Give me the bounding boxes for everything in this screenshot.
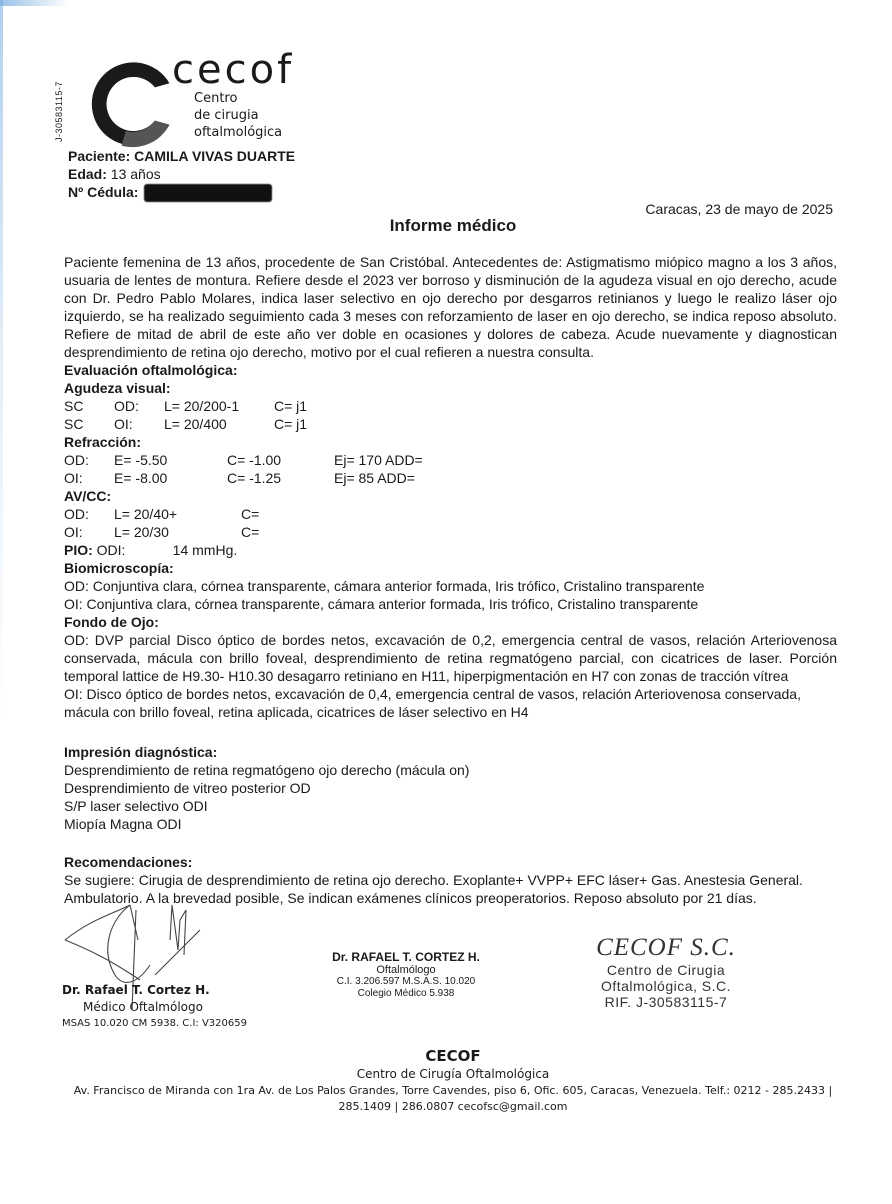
diagnosis-item: Miopía Magna ODI bbox=[64, 815, 837, 833]
signature-registry: MSAS 10.020 CM 5938. C.I: V320659 bbox=[62, 1018, 247, 1029]
biomicroscopy-heading: Biomicroscopía: bbox=[64, 559, 837, 577]
evaluation-heading: Evaluación oftalmológica: bbox=[64, 361, 837, 379]
footer-subtitle: Centro de Cirugía Oftalmológica bbox=[0, 1067, 892, 1081]
footer-brand: CECOF bbox=[0, 1047, 892, 1065]
patient-age: 13 años bbox=[111, 166, 161, 182]
visual-acuity-row: SC OD: L= 20/200-1 C= j1 bbox=[64, 397, 837, 415]
av-cc-row: OI: L= 20/30 C= bbox=[64, 523, 837, 541]
scan-edge bbox=[0, 0, 3, 1204]
diagnosis-heading: Impresión diagnóstica: bbox=[64, 743, 837, 761]
logo-wordmark: cecof bbox=[172, 50, 294, 90]
redacted-id bbox=[144, 184, 272, 202]
company-stamp-name: CECOF S.C. bbox=[566, 934, 766, 962]
company-stamp: CECOF S.C. Centro de Cirugia Oftalmológi… bbox=[566, 934, 766, 1010]
av-cc-row: OD: L= 20/40+ C= bbox=[64, 505, 837, 523]
stamp-doctor-name: Dr. RAFAEL T. CORTEZ H. bbox=[326, 950, 486, 964]
recommendations-heading: Recomendaciones: bbox=[64, 853, 837, 871]
doctor-signature-block: Dr. Rafael T. Cortez H. Médico Oftalmólo… bbox=[62, 983, 247, 1029]
fundus-oi: OI: Disco óptico de bordes netos, excava… bbox=[64, 685, 837, 721]
logo-c-ring-icon bbox=[80, 52, 184, 156]
refraction-row: OI: E= -8.00 C= -1.25 Ej= 85 ADD= bbox=[64, 469, 837, 487]
diagnosis-item: S/P laser selectivo ODI bbox=[64, 797, 837, 815]
fundus-heading: Fondo de Ojo: bbox=[64, 613, 837, 631]
doctor-stamp: Dr. RAFAEL T. CORTEZ H. Oftalmólogo C.I.… bbox=[326, 950, 486, 1000]
patient-name: CAMILA VIVAS DUARTE bbox=[134, 148, 295, 164]
logo-subtitle: Centro de cirugia oftalmológica bbox=[194, 90, 282, 141]
scan-edge-top bbox=[0, 0, 70, 6]
patient-age-row: Edad: 13 años bbox=[68, 165, 295, 183]
letterhead-footer: CECOF Centro de Cirugía Oftalmológica Av… bbox=[0, 1047, 892, 1115]
report-date: Caracas, 23 de mayo de 2025 bbox=[645, 201, 833, 217]
biomicroscopy-oi: OI: Conjuntiva clara, córnea transparent… bbox=[64, 595, 837, 613]
logo-vertical-rif: J-30583115-7 bbox=[54, 81, 64, 142]
footer-address: Av. Francisco de Miranda con 1ra Av. de … bbox=[73, 1083, 833, 1115]
cecof-logo: J-30583115-7 cecof Centro de cirugia oft… bbox=[68, 50, 308, 150]
patient-id-row: Nº Cédula: bbox=[68, 183, 295, 202]
refraction-heading: Refracción: bbox=[64, 433, 837, 451]
fundus-od: OD: DVP parcial Disco óptico de bordes n… bbox=[64, 631, 837, 685]
report-body: Paciente femenina de 13 años, procedente… bbox=[64, 253, 837, 907]
stamp-doctor-ids: C.I. 3.206.597 M.S.A.S. 10.020 bbox=[326, 976, 486, 988]
diagnosis-item: Desprendimiento de retina regmatógeno oj… bbox=[64, 761, 837, 779]
refraction-row: OD: E= -5.50 C= -1.00 Ej= 170 ADD= bbox=[64, 451, 837, 469]
patient-name-row: Paciente: CAMILA VIVAS DUARTE bbox=[68, 147, 295, 165]
biomicroscopy-od: OD: Conjuntiva clara, córnea transparent… bbox=[64, 577, 837, 595]
patient-info: Paciente: CAMILA VIVAS DUARTE Edad: 13 a… bbox=[68, 147, 295, 202]
report-title: Informe médico bbox=[0, 216, 892, 236]
stamp-doctor-role: Oftalmólogo bbox=[326, 964, 486, 976]
visual-acuity-row: SC OI: L= 20/400 C= j1 bbox=[64, 415, 837, 433]
signature-name: Dr. Rafael T. Cortez H. bbox=[62, 983, 247, 997]
av-cc-heading: AV/CC: bbox=[64, 487, 837, 505]
clinical-history: Paciente femenina de 13 años, procedente… bbox=[64, 253, 837, 361]
diagnosis-item: Desprendimiento de vitreo posterior OD bbox=[64, 779, 837, 797]
pio-row: PIO: ODI:14 mmHg. bbox=[64, 541, 837, 559]
signature-role: Médico Oftalmólogo bbox=[62, 1000, 247, 1014]
visual-acuity-heading: Agudeza visual: bbox=[64, 379, 837, 397]
stamp-doctor-college: Colegio Médico 5.938 bbox=[326, 988, 486, 1000]
